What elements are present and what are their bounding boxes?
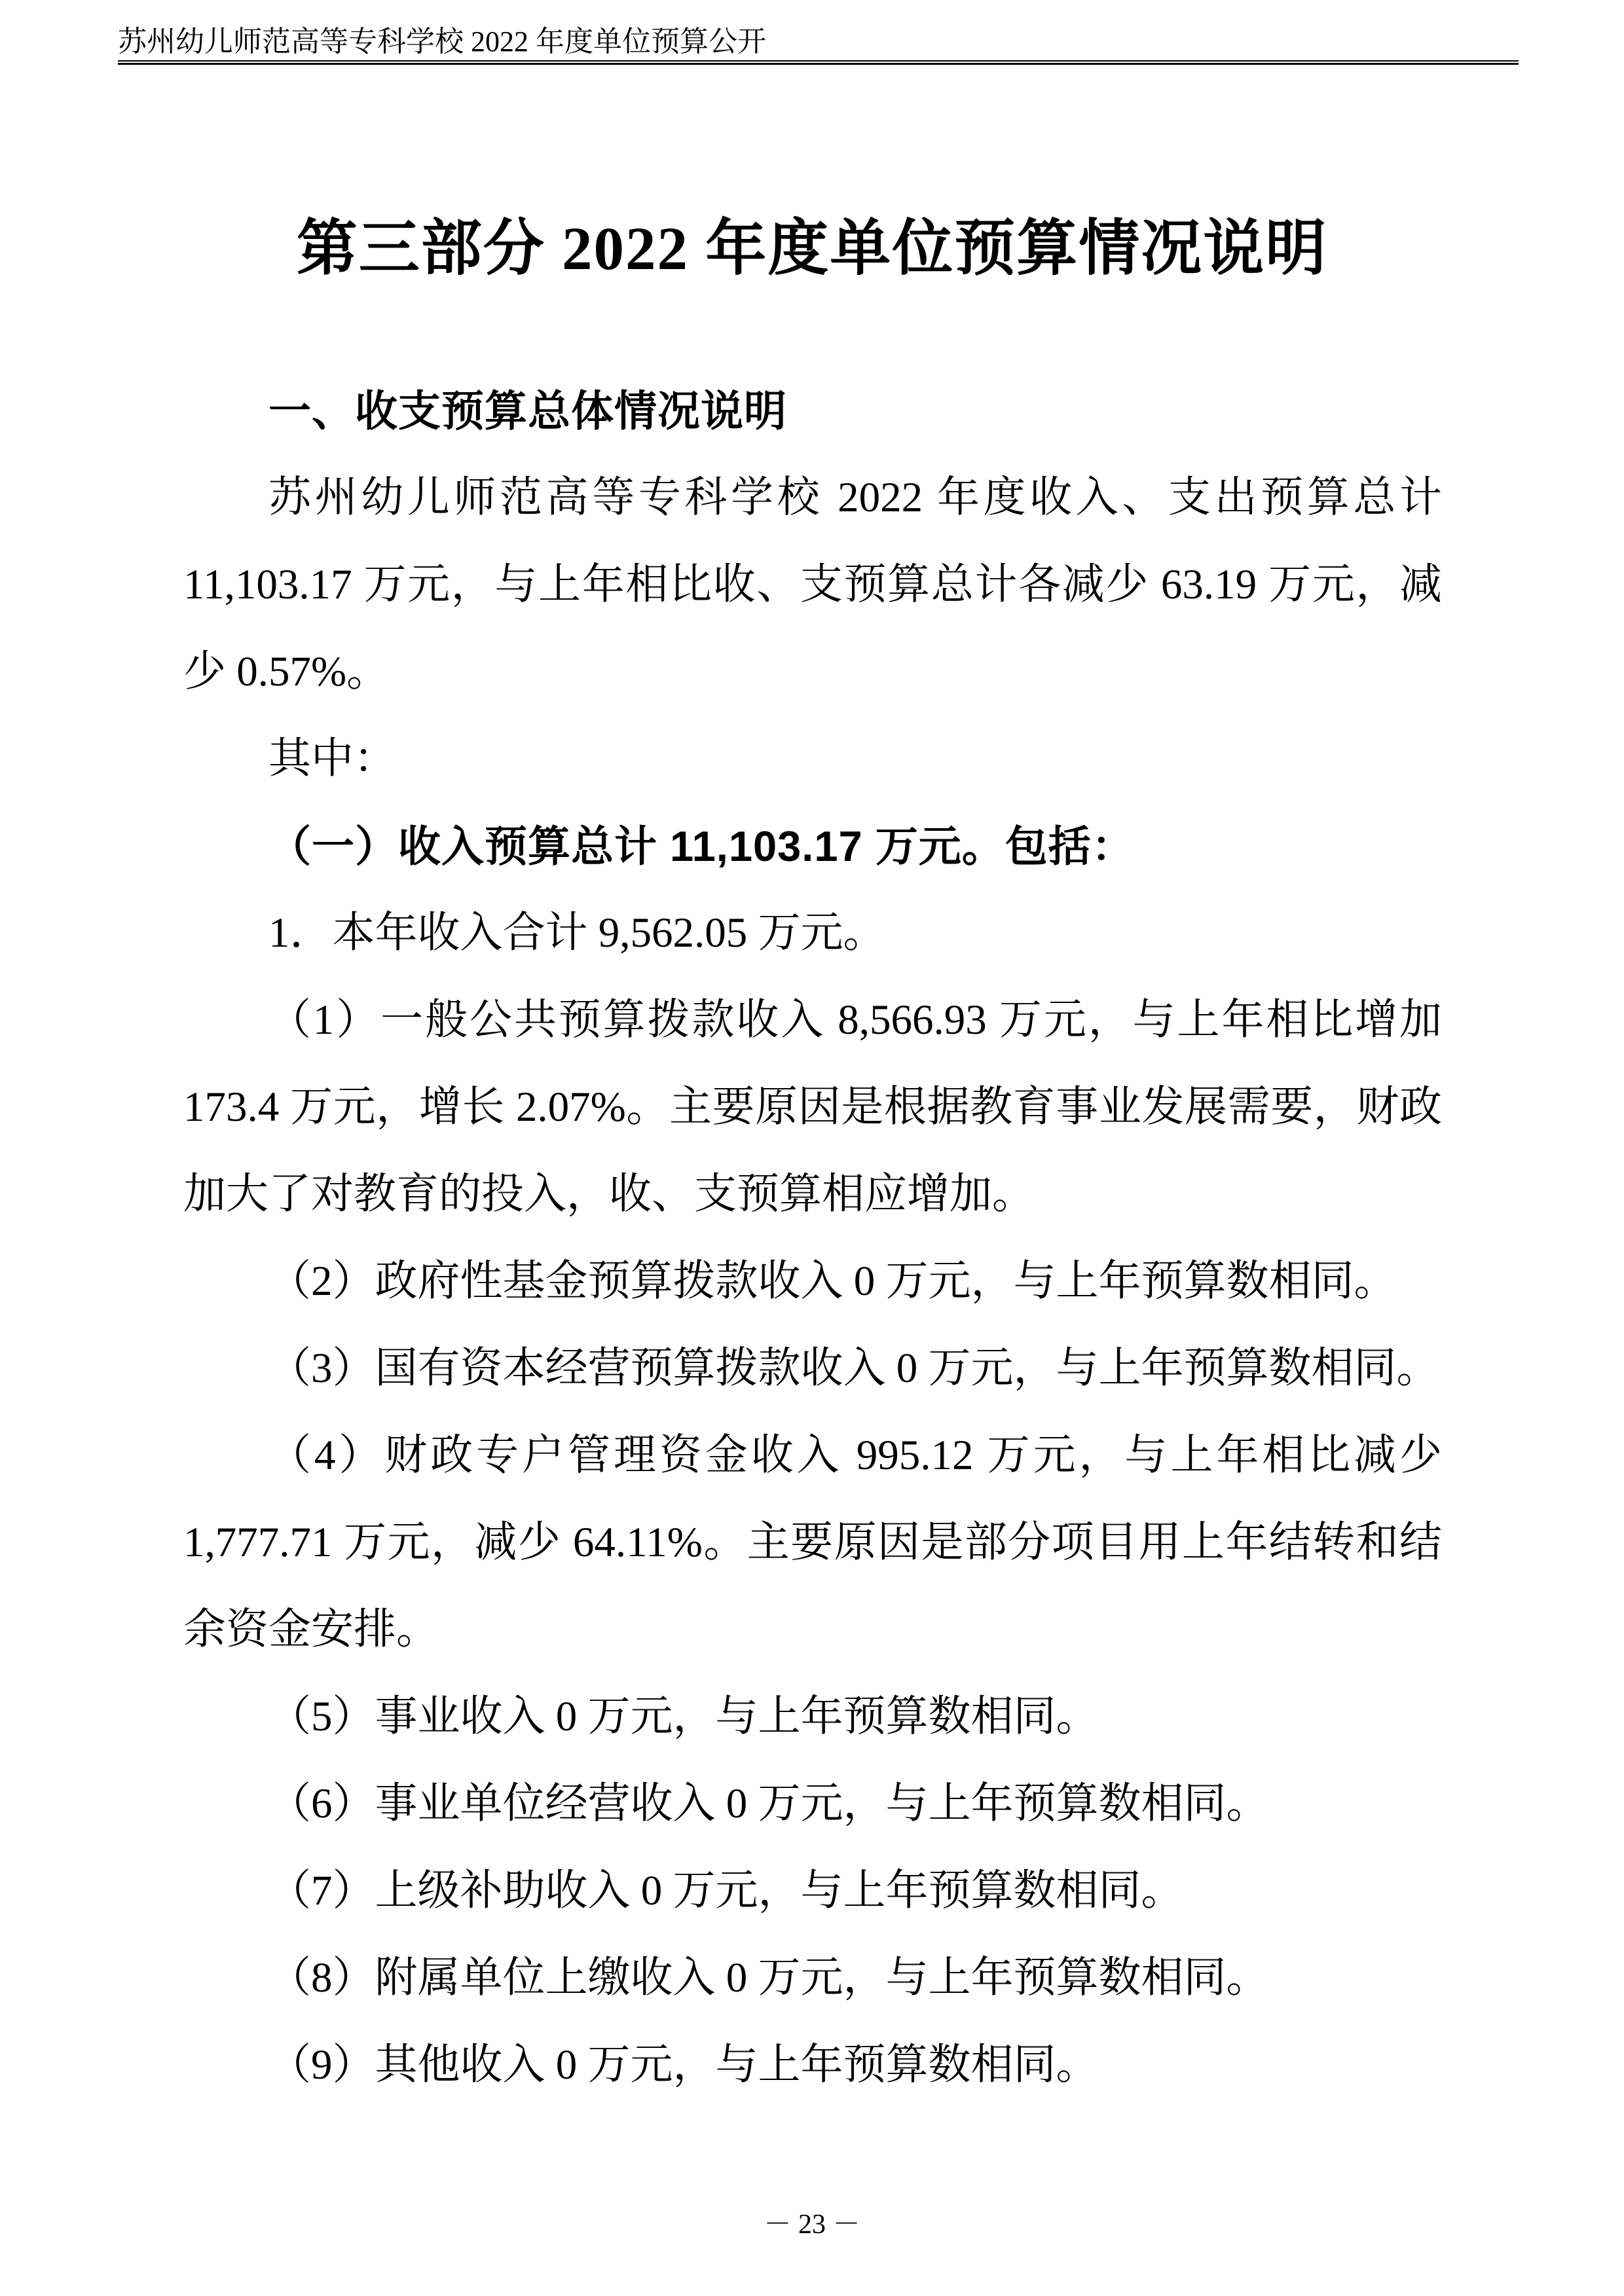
paragraph: 1．本年收入合计 9,562.05 万元。 (183, 890, 1442, 977)
section-heading: （一）收入预算总计 11,103.17 万元。包括： (183, 803, 1442, 890)
page-footer: － 23 － (0, 2208, 1624, 2242)
page-header: 苏州幼儿师范高等专科学校 2022 年度单位预算公开 (118, 24, 1519, 60)
paragraph: 苏州幼儿师范高等专科学校 2022 年度收入、支出预算总计 11,103.17 … (183, 454, 1442, 716)
paragraph: （7）上级补助收入 0 万元，与上年预算数相同。 (183, 1848, 1442, 1935)
paragraph: 其中： (183, 716, 1442, 803)
page-number: － 23 － (764, 2210, 860, 2240)
header-text: 苏州幼儿师范高等专科学校 2022 年度单位预算公开 (118, 26, 766, 58)
paragraph: （3）国有资本经营预算拨款收入 0 万元，与上年预算数相同。 (183, 1325, 1442, 1412)
paragraph: （6）事业单位经营收入 0 万元，与上年预算数相同。 (183, 1760, 1442, 1848)
document-body: 一、收支预算总体情况说明苏州幼儿师范高等专科学校 2022 年度收入、支出预算总… (183, 367, 1442, 2109)
section-heading: 一、收支预算总体情况说明 (183, 367, 1442, 454)
paragraph: （8）附属单位上缴收入 0 万元，与上年预算数相同。 (183, 1935, 1442, 2022)
document-title: 第三部分 2022 年度单位预算情况说明 (118, 207, 1506, 292)
paragraph: （1）一般公共预算拨款收入 8,566.93 万元，与上年相比增加 173.4 … (183, 977, 1442, 1238)
paragraph: （4）财政专户管理资金收入 995.12 万元，与上年相比减少 1,777.71… (183, 1412, 1442, 1673)
paragraph: （9）其他收入 0 万元，与上年预算数相同。 (183, 2022, 1442, 2109)
paragraph: （5）事业收入 0 万元，与上年预算数相同。 (183, 1673, 1442, 1760)
header-rule (118, 60, 1519, 65)
document-page: 苏州幼儿师范高等专科学校 2022 年度单位预算公开 第三部分 2022 年度单… (0, 0, 1624, 2296)
paragraph: （2）政府性基金预算拨款收入 0 万元，与上年预算数相同。 (183, 1238, 1442, 1325)
